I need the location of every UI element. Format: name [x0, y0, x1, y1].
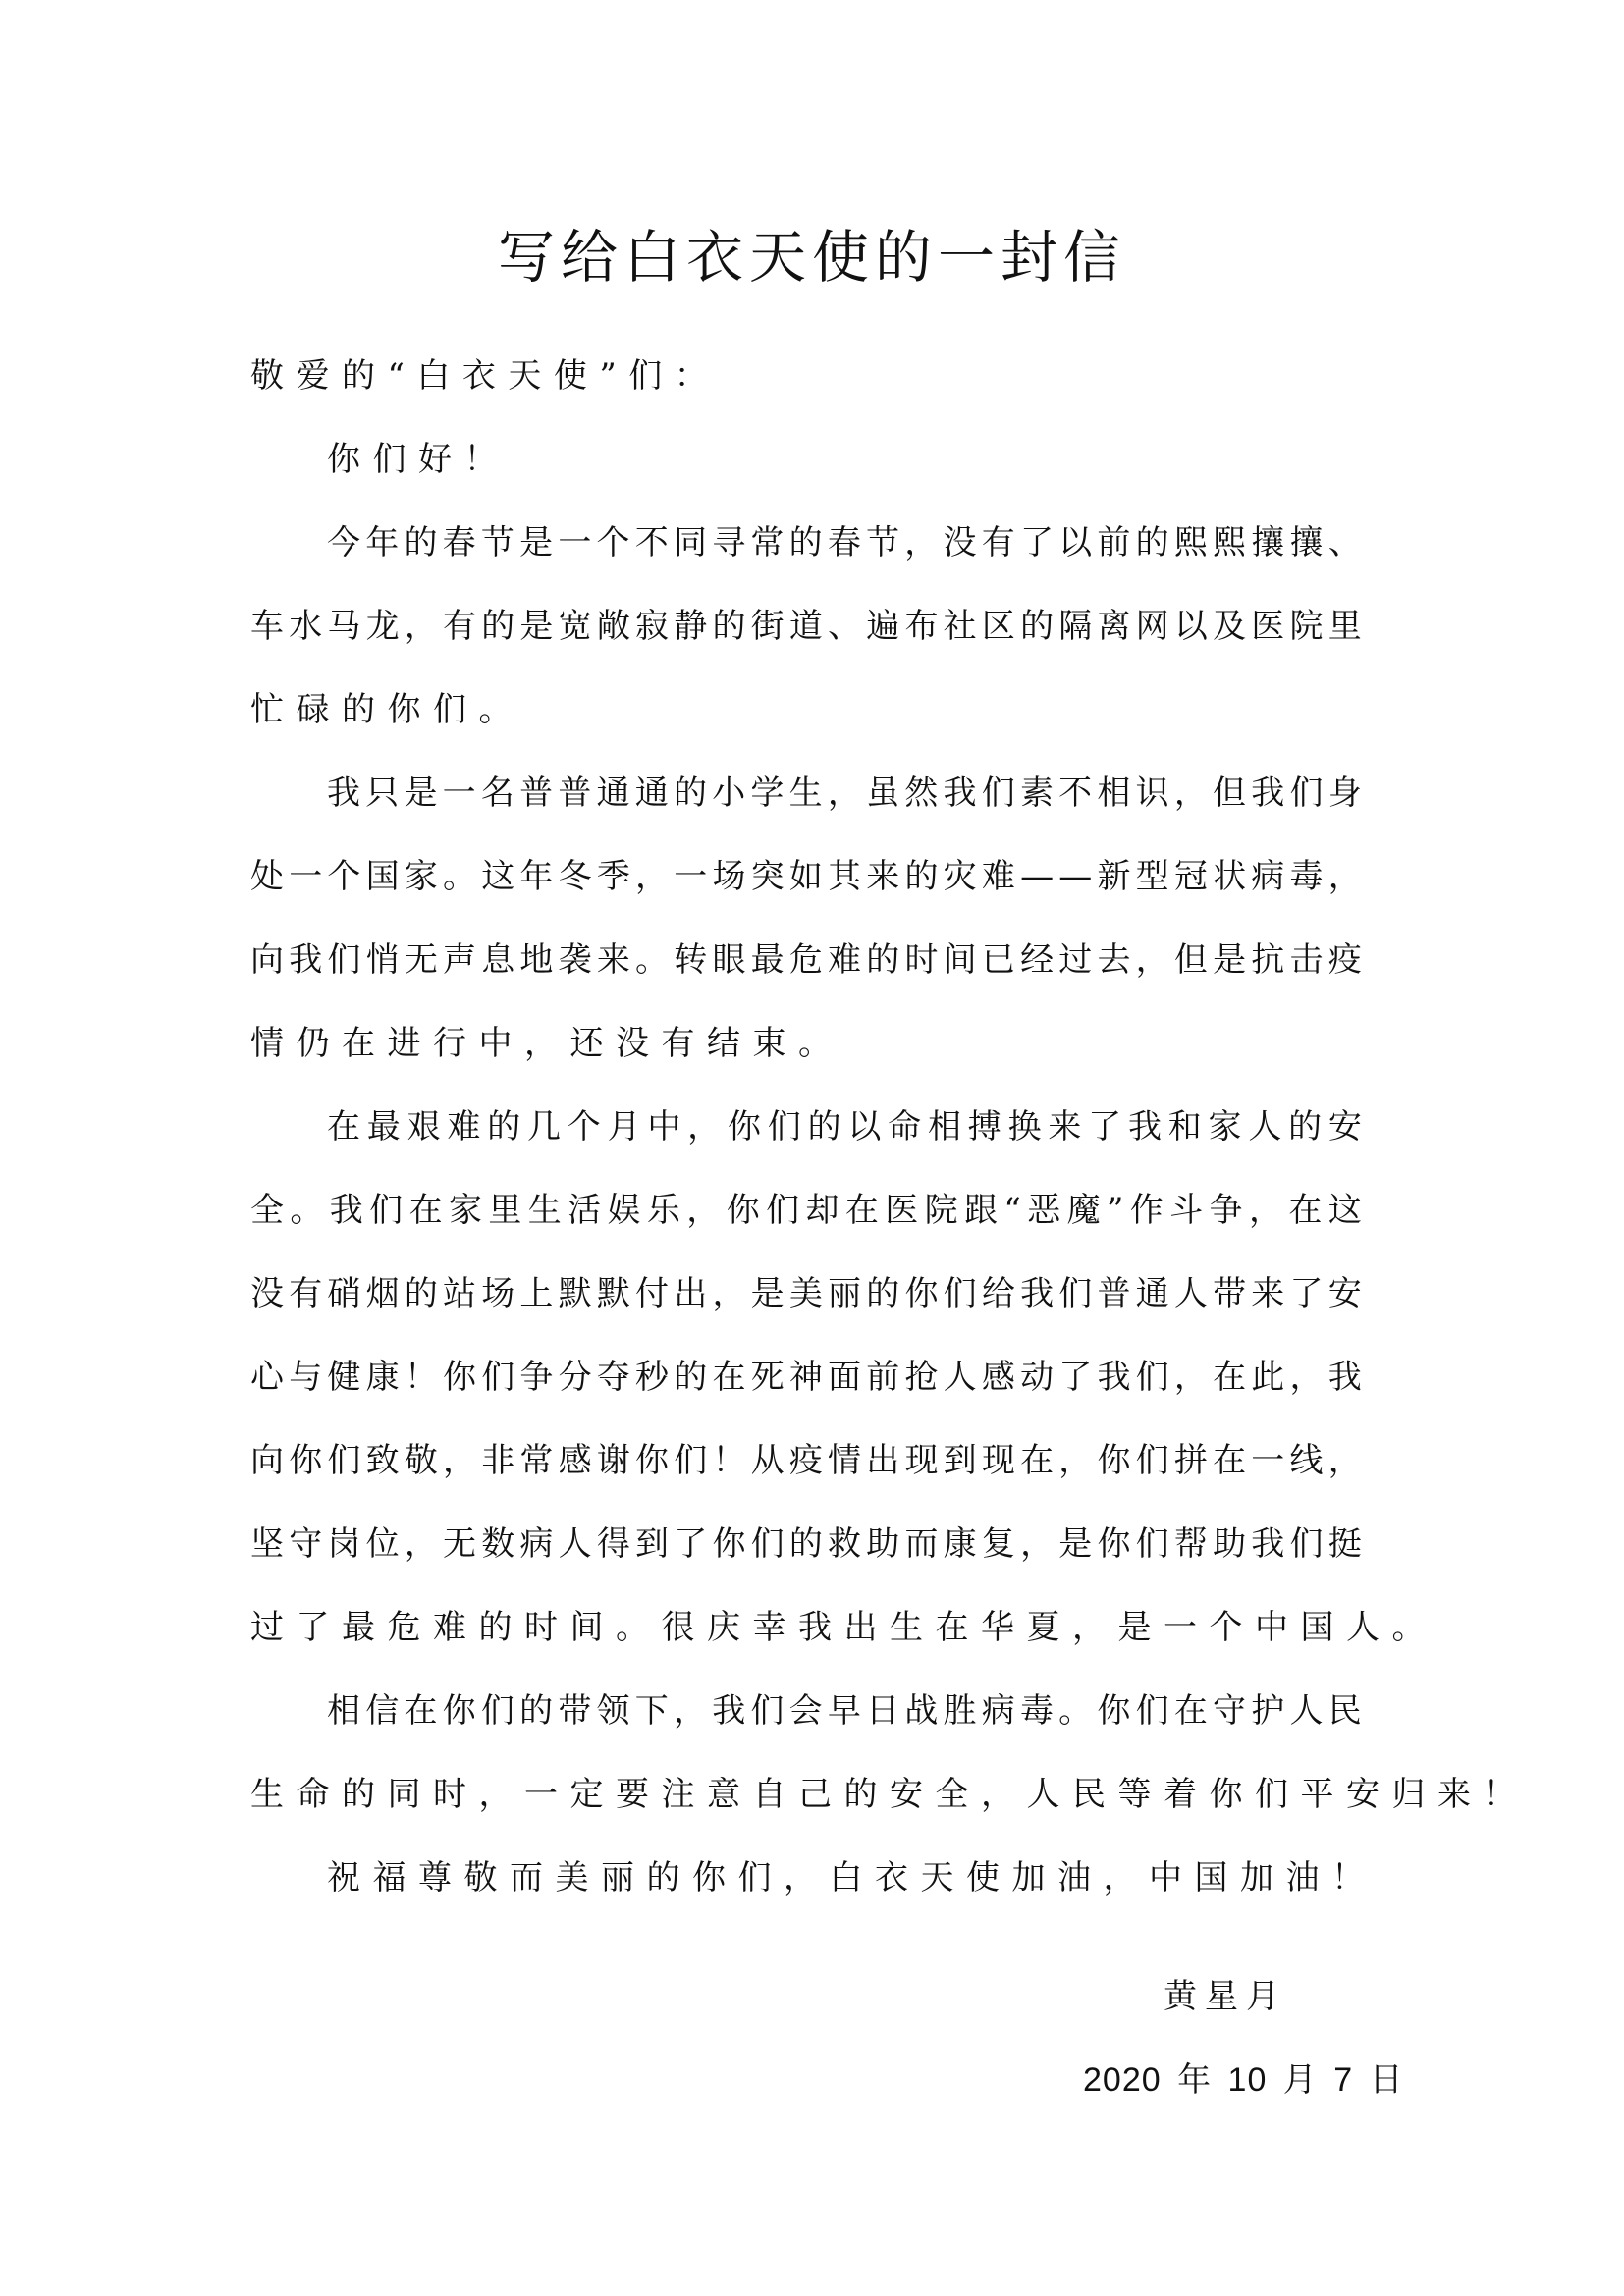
letter-date: 2020 年 10 月 7 日	[1083, 2055, 1404, 2106]
text-line: 坚守岗位，无数病人得到了你们的救助而康复，是你们帮助我们挺	[250, 1519, 1362, 1602]
text-line: 生命的同时，一定要注意自己的安全，人民等着你们平安归来！	[250, 1769, 1362, 1852]
text-line: 情仍在进行中，还没有结束。	[250, 1018, 1362, 1101]
text-line: 向我们悄无声息地袭来。转眼最危难的时间已经过去，但是抗击疫	[250, 934, 1362, 1018]
letter-body: 敬爱的“白衣天使”们： 你们好！ 今年的春节是一个不同寻常的春节，没有了以前的熙…	[250, 350, 1362, 1936]
salutation: 敬爱的“白衣天使”们：	[250, 350, 1362, 434]
text-line: 我只是一名普普通通的小学生，虽然我们素不相识，但我们身	[250, 768, 1362, 851]
text-line: 车水马龙，有的是宽敞寂静的街道、遍布社区的隔离网以及医院里	[250, 601, 1362, 684]
text-line: 忙碌的你们。	[250, 684, 1362, 768]
text-line: 没有硝烟的站场上默默付出，是美丽的你们给我们普通人带来了安	[250, 1268, 1362, 1352]
greeting: 你们好！	[250, 434, 1362, 517]
letter-title: 写给白衣天使的一封信	[0, 218, 1624, 296]
text-line: 处一个国家。这年冬季，一场突如其来的灾难——新型冠状病毒，	[250, 851, 1362, 934]
text-line: 相信在你们的带领下，我们会早日战胜病毒。你们在守护人民	[250, 1685, 1362, 1769]
signature: 黄星月	[1164, 1971, 1287, 2022]
paragraph-lines: 今年的春节是一个不同寻常的春节，没有了以前的熙熙攘攘、车水马龙，有的是宽敞寂静的…	[250, 517, 1362, 1936]
text-line: 在最艰难的几个月中，你们的以命相搏换来了我和家人的安	[250, 1101, 1362, 1185]
letter-page: 写给白衣天使的一封信 敬爱的“白衣天使”们： 你们好！ 今年的春节是一个不同寻常…	[0, 0, 1624, 2296]
text-line: 今年的春节是一个不同寻常的春节，没有了以前的熙熙攘攘、	[250, 517, 1362, 601]
text-line: 全。我们在家里生活娱乐，你们却在医院跟“恶魔”作斗争，在这	[250, 1185, 1362, 1268]
text-line: 祝福尊敬而美丽的你们，白衣天使加油，中国加油！	[250, 1852, 1362, 1936]
text-line: 心与健康！你们争分夺秒的在死神面前抢人感动了我们，在此，我	[250, 1352, 1362, 1435]
text-line: 向你们致敬，非常感谢你们！从疫情出现到现在，你们拼在一线，	[250, 1435, 1362, 1519]
text-line: 过了最危难的时间。很庆幸我出生在华夏，是一个中国人。	[250, 1602, 1362, 1685]
